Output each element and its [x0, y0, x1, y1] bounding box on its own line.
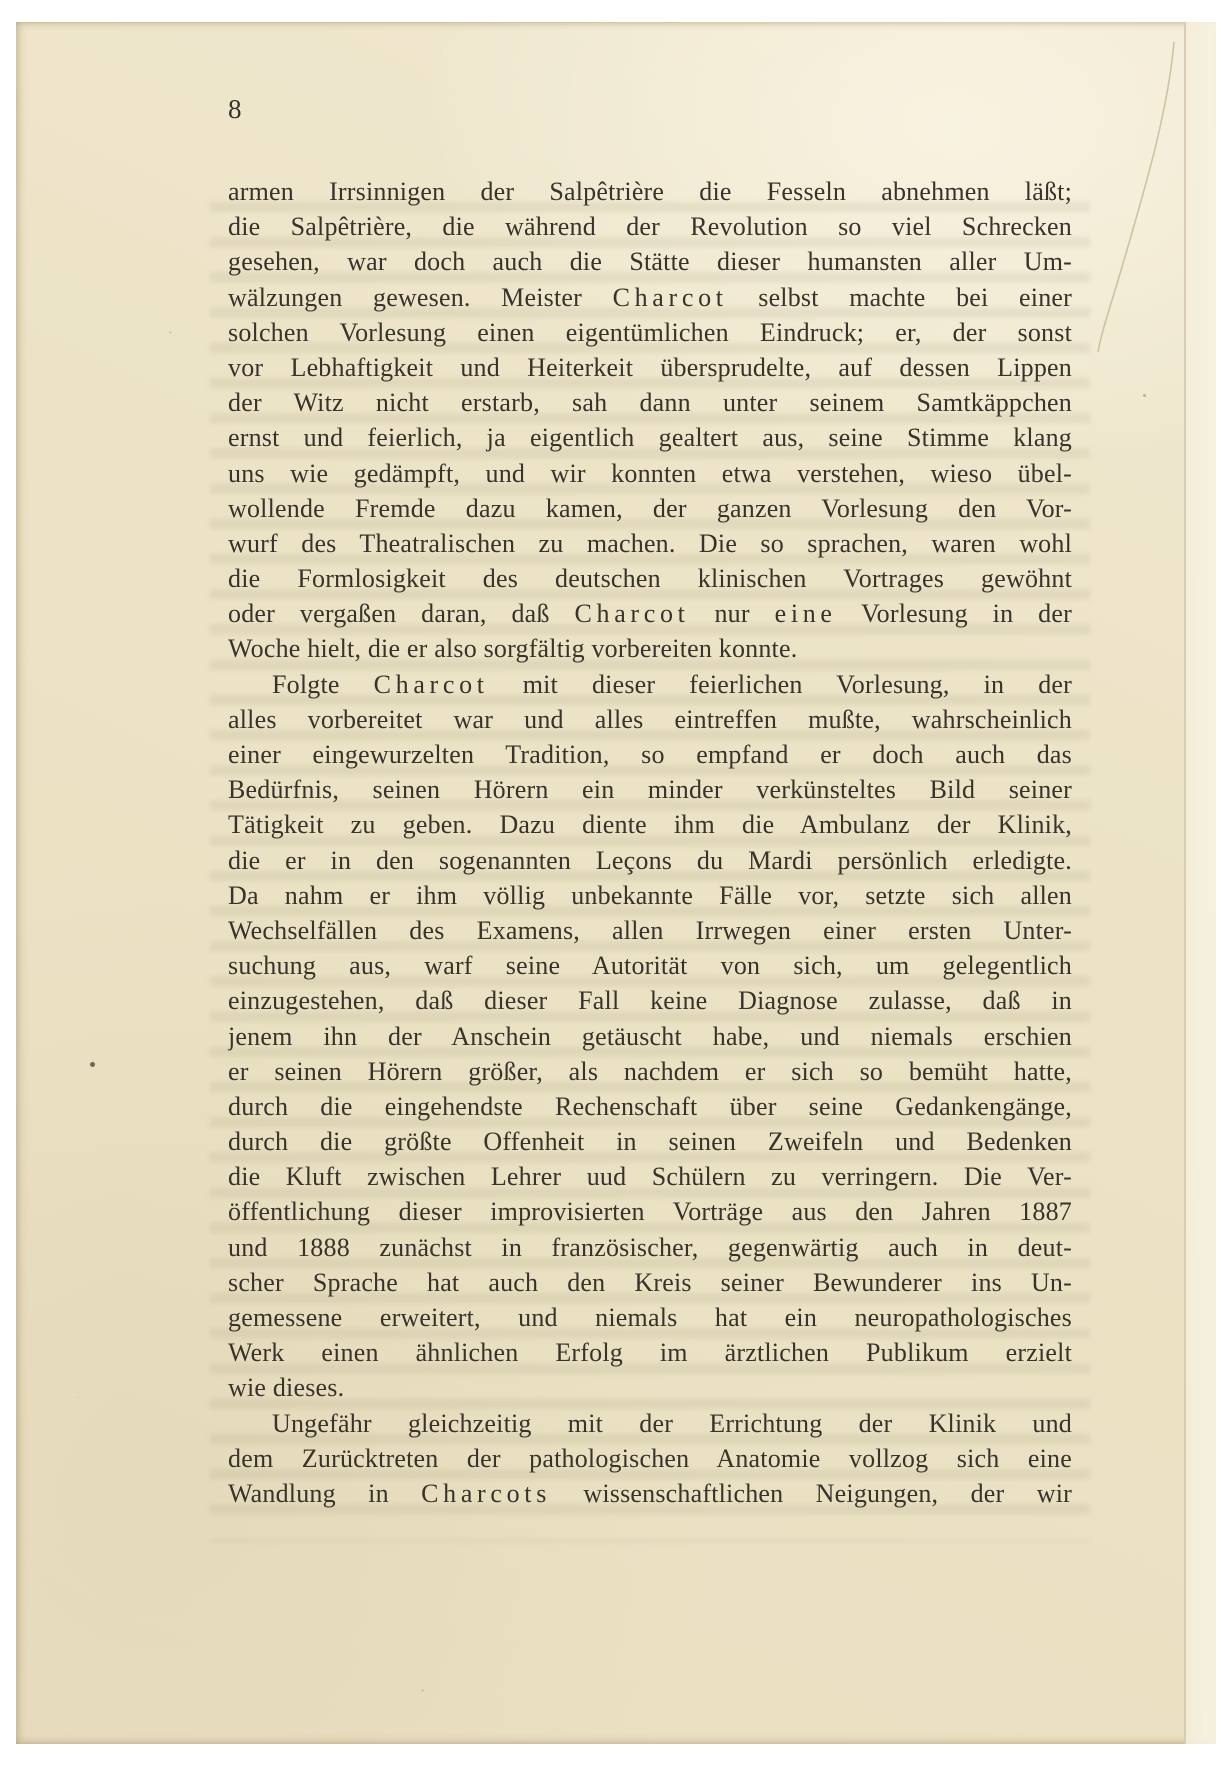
ink-speck [90, 1062, 95, 1067]
text-line: solchen Vorlesung einen eigentümlichen E… [228, 315, 1072, 350]
text-line: uns wie gedämpft, und wir konnten etwa v… [228, 456, 1072, 491]
text-line: Ungefähr gleichzeitig mit der Errichtung… [228, 1406, 1072, 1441]
text-line: wie dieses. [228, 1370, 1072, 1405]
text-line: ernst und feierlich, ja eigentlich gealt… [228, 420, 1072, 455]
text-line: gemessene erweitert, und niemals hat ein… [228, 1300, 1072, 1335]
text-line: öffentlichung dieser improvisierten Vort… [228, 1194, 1072, 1229]
text-line: Bedürfnis, seinen Hörern ein minder verk… [228, 772, 1072, 807]
text-line: Tätigkeit zu geben. Dazu diente ihm die … [228, 807, 1072, 842]
text-line: Werk einen ähnlichen Erfolg im ärztliche… [228, 1335, 1072, 1370]
text-line: durch die größte Offenheit in seinen Zwe… [228, 1124, 1072, 1159]
text-line: wurf des Theatralischen zu machen. Die s… [228, 526, 1072, 561]
text-line: dem Zurücktreten der pathologischen Anat… [228, 1441, 1072, 1476]
scan-background: 8 armen Irrsinnigen der Salpêtrière die … [0, 0, 1221, 1767]
text-line: Folgte Charcot mit dieser feierlichen Vo… [228, 667, 1072, 702]
text-line: jenem ihn der Anschein getäuscht habe, u… [228, 1019, 1072, 1054]
text-line: Wechselfällen des Examens, allen Irrwege… [228, 913, 1072, 948]
text-line: Wandlung in Charcots wissenschaftlichen … [228, 1476, 1072, 1511]
text-line: scher Sprache hat auch den Kreis seiner … [228, 1265, 1072, 1300]
text-line: wälzungen gewesen. Meister Charcot selbs… [228, 280, 1072, 315]
text-line: Da nahm er ihm völlig unbekannte Fälle v… [228, 878, 1072, 913]
text-line: einzugestehen, daß dieser Fall keine Dia… [228, 983, 1072, 1018]
text-line: wollende Fremde dazu kamen, der ganzen V… [228, 491, 1072, 526]
text-line: oder vergaßen daran, daß Charcot nur ein… [228, 596, 1072, 631]
page-number: 8 [228, 94, 242, 124]
body-text: armen Irrsinnigen der Salpêtrière die Fe… [228, 174, 1072, 1511]
text-line: Woche hielt, die er also sorgfältig vorb… [228, 631, 1072, 666]
text-line: er seinen Hörern größer, als nachdem er … [228, 1054, 1072, 1089]
text-line: der Witz nicht erstarb, sah dann unter s… [228, 385, 1072, 420]
text-line: einer eingewurzelten Tradition, so empfa… [228, 737, 1072, 772]
text-line: alles vorbereitet war und alles eintreff… [228, 702, 1072, 737]
text-line: die er in den sogenannten Leçons du Mard… [228, 843, 1072, 878]
text-line: die Salpêtrière, die während der Revolut… [228, 209, 1072, 244]
text-line: die Formlosigkeit des deutschen klinisch… [228, 561, 1072, 596]
text-line: suchung aus, warf seine Autorität von si… [228, 948, 1072, 983]
text-line: armen Irrsinnigen der Salpêtrière die Fe… [228, 174, 1072, 209]
book-page: 8 armen Irrsinnigen der Salpêtrière die … [16, 22, 1216, 1744]
text-line: vor Lebhaftigkeit und Heiterkeit überspr… [228, 350, 1072, 385]
page-fore-edge [1184, 22, 1216, 1744]
text-line: durch die eingehendste Rechenschaft über… [228, 1089, 1072, 1124]
text-line: gesehen, war doch auch die Stätte dieser… [228, 244, 1072, 279]
text-line: die Kluft zwischen Lehrer uud Schülern z… [228, 1159, 1072, 1194]
text-line: und 1888 zunächst in französischer, gege… [228, 1230, 1072, 1265]
